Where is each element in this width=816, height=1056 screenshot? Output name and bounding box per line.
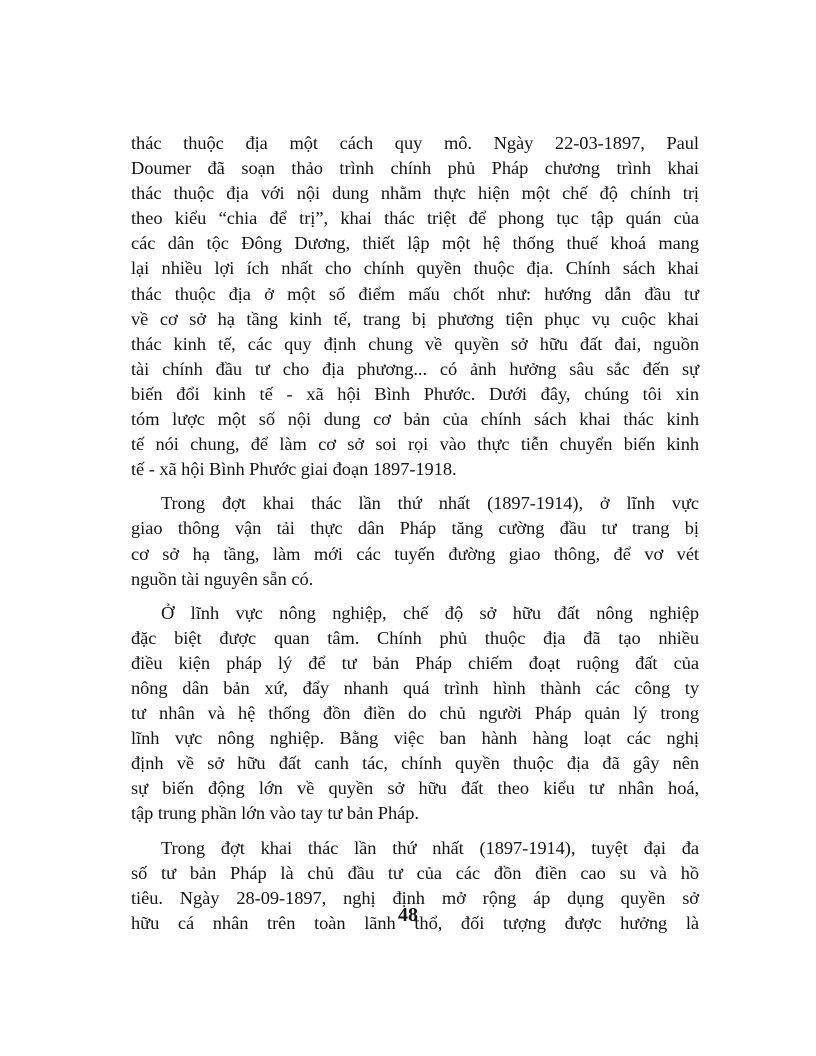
text-line: điều kiện pháp lý để tư bản Pháp chiếm đ… xyxy=(131,651,699,676)
document-page: thác thuộc địa một cách quy mô. Ngày 22-… xyxy=(0,0,816,1056)
text-line: tế nói chung, để làm cơ sở soi rọi vào t… xyxy=(131,432,699,457)
text-line: Trong đợt khai thác lần thứ nhất (1897-1… xyxy=(131,491,699,516)
text-line: thác thuộc địa ở một số điểm mấu chốt nh… xyxy=(131,282,699,307)
page-number: 48 xyxy=(0,904,816,927)
text-line: cơ sở hạ tầng, làm mới các tuyến đường g… xyxy=(131,542,699,567)
text-line: tập trung phần lớn vào tay tư bản Pháp. xyxy=(131,801,699,826)
text-line: các dân tộc Đông Dương, thiết lập một hệ… xyxy=(131,231,699,256)
text-line: lại nhiều lợi ích nhất cho chính quyền t… xyxy=(131,256,699,281)
paragraph-1: thác thuộc địa một cách quy mô. Ngày 22-… xyxy=(131,131,699,482)
text-line: lĩnh vực nông nghiệp. Bằng việc ban hành… xyxy=(131,726,699,751)
paragraph-3: Ở lĩnh vực nông nghiệp, chế độ sở hữu đấ… xyxy=(131,601,699,827)
text-line: về cơ sở hạ tầng kinh tế, trang bị phươn… xyxy=(131,307,699,332)
text-line: tư nhân và hệ thống đồn điền do chủ ngườ… xyxy=(131,701,699,726)
text-line: Ở lĩnh vực nông nghiệp, chế độ sở hữu đấ… xyxy=(131,601,699,626)
text-line: số tư bản Pháp là chủ đầu tư của các đồn… xyxy=(131,861,699,886)
text-line: tế - xã hội Bình Phước giai đoạn 1897-19… xyxy=(131,457,699,482)
text-line: thác thuộc địa một cách quy mô. Ngày 22-… xyxy=(131,131,699,156)
text-line: sự biến động lớn về quyền sở hữu đất the… xyxy=(131,776,699,801)
text-line: theo kiểu “chia để trị”, khai thác triệt… xyxy=(131,206,699,231)
text-line: tóm lược một số nội dung cơ bản của chín… xyxy=(131,407,699,432)
paragraph-2: Trong đợt khai thác lần thứ nhất (1897-1… xyxy=(131,491,699,591)
text-line: giao thông vận tải thực dân Pháp tăng cư… xyxy=(131,516,699,541)
text-line: thác kinh tế, các quy định chung về quyề… xyxy=(131,332,699,357)
text-line: định về sở hữu đất canh tác, chính quyền… xyxy=(131,751,699,776)
text-line: nguồn tài nguyên sẵn có. xyxy=(131,567,699,592)
text-line: Trong đợt khai thác lần thứ nhất (1897-1… xyxy=(131,836,699,861)
text-line: tài chính đầu tư cho địa phương... có ản… xyxy=(131,357,699,382)
text-line: đặc biệt được quan tâm. Chính phủ thuộc … xyxy=(131,626,699,651)
text-line: nông dân bản xứ, đẩy nhanh quá trình hìn… xyxy=(131,676,699,701)
text-line: Doumer đã soạn thảo trình chính phủ Pháp… xyxy=(131,156,699,181)
text-line: thác thuộc địa với nội dung nhằm thực hi… xyxy=(131,181,699,206)
body-text: thác thuộc địa một cách quy mô. Ngày 22-… xyxy=(131,131,699,936)
text-line: biến đổi kinh tế - xã hội Bình Phước. Dư… xyxy=(131,382,699,407)
